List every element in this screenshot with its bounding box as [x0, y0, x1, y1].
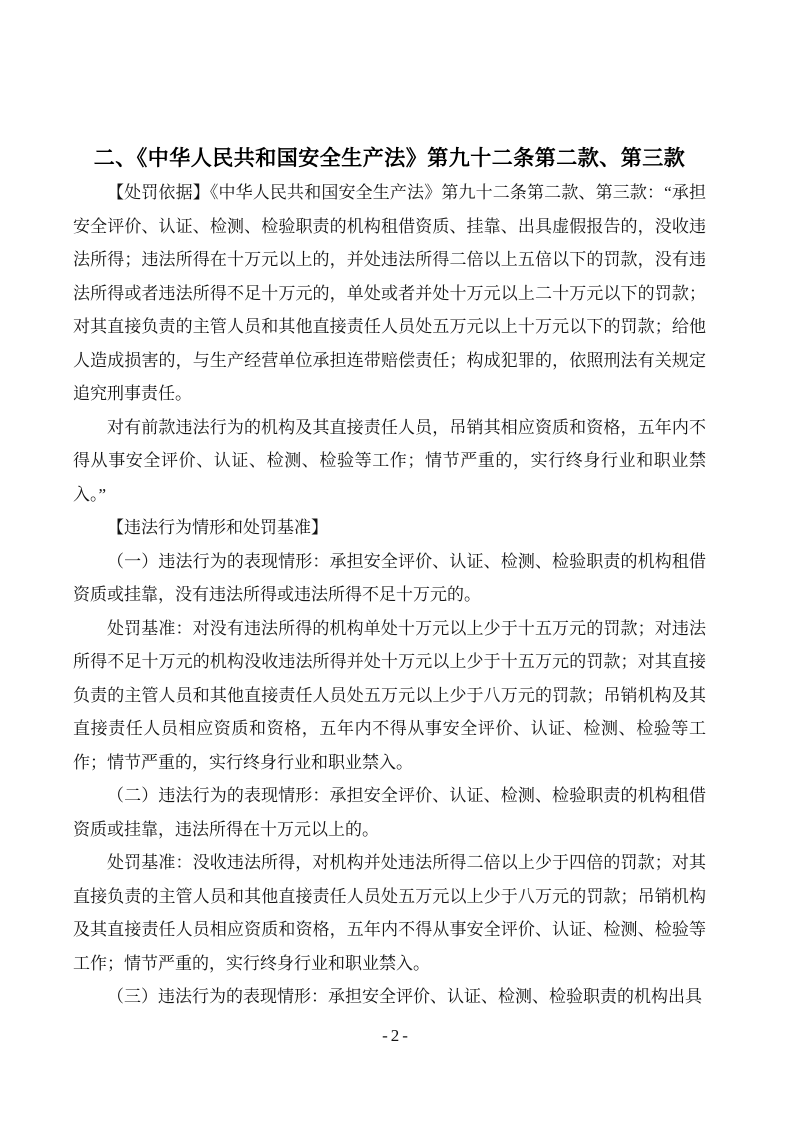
document-content: 二、《中华人民共和国安全生产法》第九十二条第二款、第三款 【处罚依据】《中华人民…: [73, 146, 706, 1014]
paragraph-item-2-situation: （二）违法行为的表现情形：承担安全评价、认证、检测、检验职责的机构租借资质或挂靠…: [73, 779, 706, 846]
document-title: 二、《中华人民共和国安全生产法》第九十二条第二款、第三款: [73, 146, 706, 172]
document-page: 二、《中华人民共和国安全生产法》第九十二条第二款、第三款 【处罚依据】《中华人民…: [0, 0, 793, 1122]
page-number: -2-: [0, 1026, 793, 1046]
paragraph-item-3-situation: （三）违法行为的表现情形：承担安全评价、认证、检测、检验职责的机构出具: [73, 980, 706, 1014]
paragraph-punishment-basis: 【处罚依据】《中华人民共和国安全生产法》第九十二条第二款、第三款：“承担安全评价…: [73, 176, 706, 411]
paragraph-item-1-standard: 处罚基准：对没有违法所得的机构单处十万元以上少于十五万元的罚款；对违法所得不足十…: [73, 612, 706, 780]
paragraph-punishment-basis-continued: 对有前款违法行为的机构及其直接责任人员，吊销其相应资质和资格，五年内不得从事安全…: [73, 411, 706, 512]
paragraph-item-1-situation: （一）违法行为的表现情形：承担安全评价、认证、检测、检验职责的机构租借资质或挂靠…: [73, 545, 706, 612]
paragraph-section-heading: 【违法行为情形和处罚基准】: [73, 511, 706, 545]
paragraph-item-2-standard: 处罚基准：没收违法所得，对机构并处违法所得二倍以上少于四倍的罚款；对其直接负责的…: [73, 846, 706, 980]
